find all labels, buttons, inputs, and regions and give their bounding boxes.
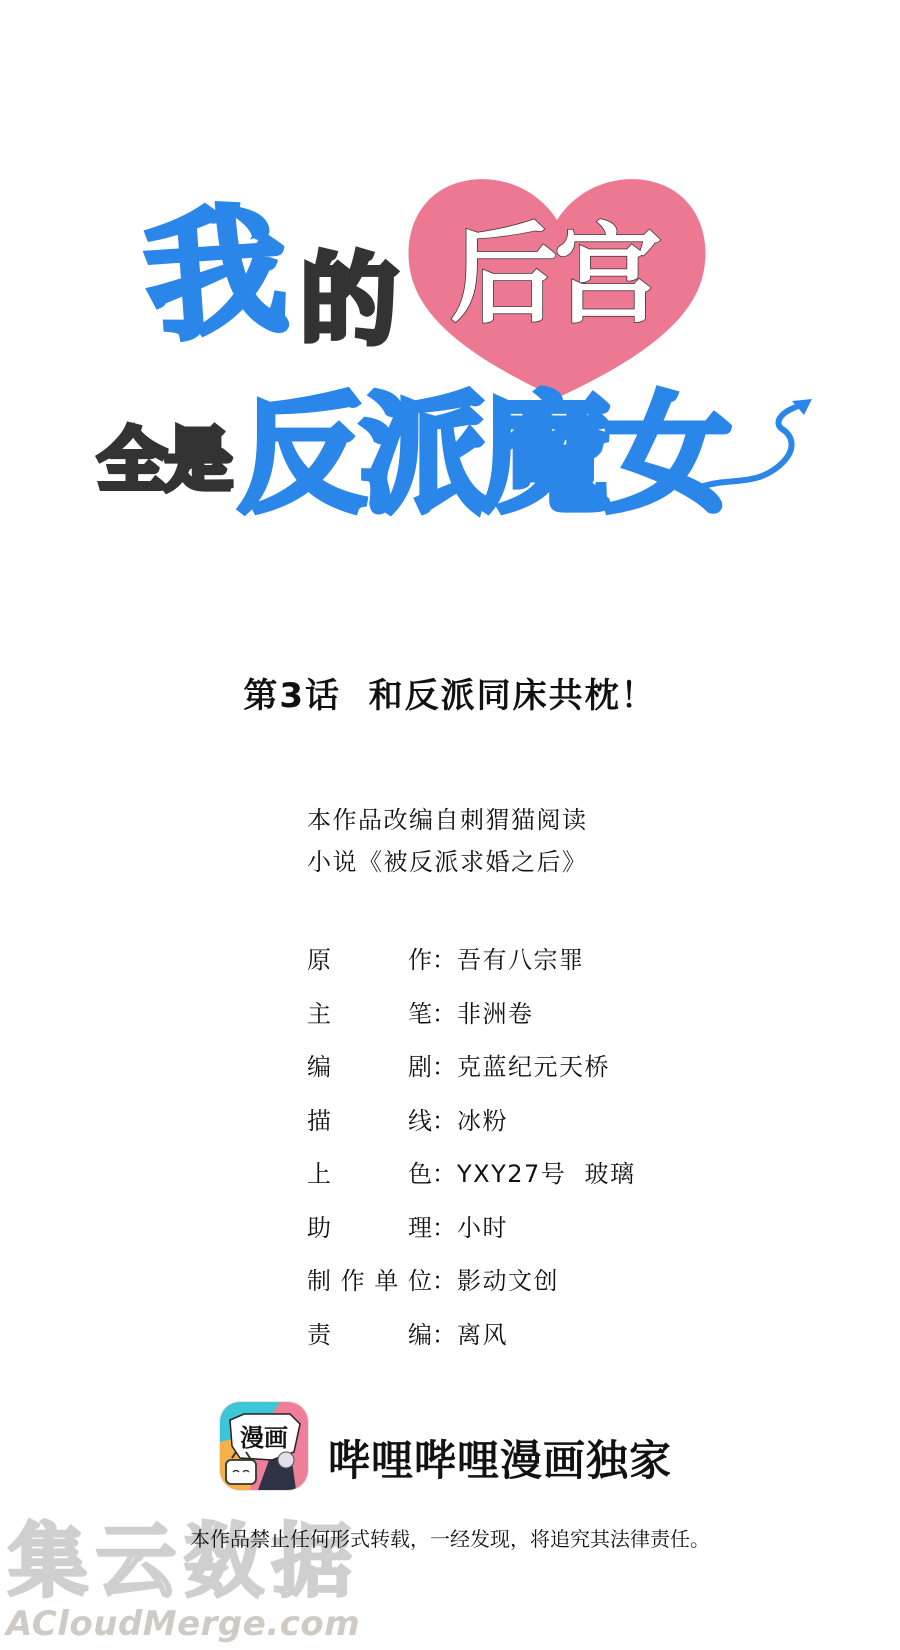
credit-role: 描线 [307, 1101, 432, 1136]
title-quanshi: 全是 [98, 428, 230, 496]
brand-exclusive-label: 哔哩哔哩漫画独家 [328, 1428, 672, 1488]
credit-role: 制作单位 [307, 1261, 432, 1296]
credit-name: 吾有八宗罪 [457, 940, 585, 975]
credit-role: 助理 [307, 1208, 432, 1243]
credit-name: YXY27号 玻璃 [457, 1154, 636, 1189]
title-char-wo: 我 [141, 201, 290, 350]
credit-name: 克蓝纪元天桥 [457, 1047, 610, 1082]
credit-name: 影动文创 [457, 1261, 559, 1296]
credit-name: 小时 [457, 1208, 508, 1243]
credit-role: 原作 [307, 940, 432, 975]
adaptation-line-1: 本作品改编自刺猬猫阅读 [307, 800, 588, 835]
comic-title-logo: 后宫 我 的 全是 反派魔女 [0, 0, 900, 560]
title-fanpai-monv: 反派魔女 [238, 392, 726, 520]
credit-role: 编剧 [307, 1047, 432, 1082]
credit-role: 责编 [307, 1315, 432, 1350]
bilibili-manga-app-icon: 漫画 [220, 1402, 308, 1490]
credit-role: 主笔 [307, 994, 432, 1029]
adaptation-line-2: 小说《被反派求婚之后》 [307, 842, 588, 877]
chapter-title: 第3话 和反派同床共枕！ [0, 668, 900, 717]
app-icon-label: 漫画 [240, 1423, 288, 1452]
watermark-en: ACloudMerge.com [6, 1607, 360, 1641]
credit-name: 离风 [457, 1315, 508, 1350]
devil-tail-icon [700, 395, 830, 505]
credit-role: 上色 [307, 1154, 432, 1189]
credit-name: 非洲卷 [457, 994, 534, 1029]
copyright-disclaimer: 本作品禁止任何形式转载，一经发现，将追究其法律责任。 [0, 1523, 900, 1552]
title-char-de: 的 [300, 252, 398, 350]
heart-title-text: 后宫 [450, 222, 658, 330]
credit-name: 冰粉 [457, 1101, 508, 1136]
